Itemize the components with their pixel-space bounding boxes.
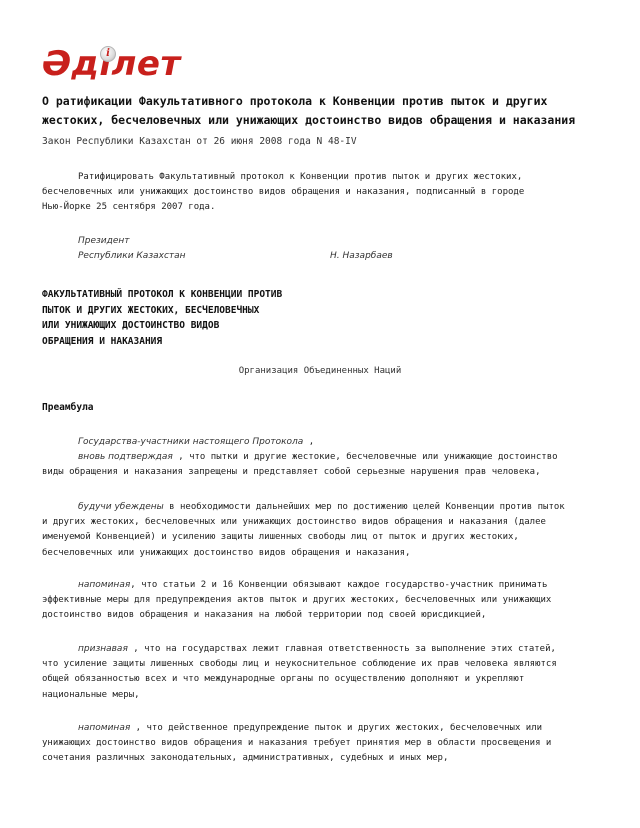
- preamble-paragraph-3: напоминая, что статьи 2 и 16 Конвенции о…: [42, 578, 598, 624]
- text-line: общей обязанностью всех и что международ…: [42, 672, 598, 687]
- preamble-paragraph-4: признавая , что на государствах лежит гл…: [42, 642, 598, 703]
- text-line: национальные меры,: [42, 688, 598, 703]
- text-line: эффективные меры для предупреждения акто…: [42, 593, 598, 608]
- protocol-title-line: ПЫТОК И ДРУГИХ ЖЕСТОКИХ, БЕСЧЕЛОВЕЧНЫХ: [42, 303, 342, 319]
- italic-phrase: Государства-участники настоящего Протоко…: [78, 437, 303, 447]
- document-title: О ратификации Факультативного протокола …: [42, 92, 602, 130]
- preamble-paragraph-5: напоминая , что действенное предупрежден…: [42, 721, 598, 767]
- protocol-title-line: ИЛИ УНИЖАЮЩИХ ДОСТОИНСТВО ВИДОВ: [42, 318, 342, 334]
- text: в необходимости дальнейших мер по достиж…: [164, 502, 565, 512]
- italic-phrase: вновь подтверждая: [78, 452, 173, 462]
- italic-phrase: напоминая: [78, 580, 130, 590]
- text: , что статьи 2 и 16 Конвенции обязывают …: [130, 580, 547, 590]
- text-line: унижающих достоинство видов обращения и …: [42, 736, 598, 751]
- text-line: и других жестоких, бесчеловечных или уни…: [42, 515, 598, 530]
- preamble-paragraph-2: будучи убеждены в необходимости дальнейш…: [42, 500, 598, 561]
- title-line: О ратификации Факультативного протокола …: [42, 92, 602, 111]
- text-line: Нью-Йорке 25 сентября 2007 года.: [42, 200, 598, 215]
- text-line: достоинство видов обращения и наказания …: [42, 608, 598, 623]
- title-line: жестоких, бесчеловечных или унижающих до…: [42, 111, 602, 130]
- text-line: Ратифицировать Факультативный протокол к…: [78, 172, 522, 182]
- text: ,: [303, 437, 314, 447]
- signature-position-line1: Президент: [78, 236, 130, 246]
- adilet-logo[interactable]: Әділет i: [42, 44, 181, 84]
- text-line: именуемой Конвенцией) и усилению защиты …: [42, 530, 598, 545]
- text-line: виды обращения и наказания запрещены и п…: [42, 465, 598, 480]
- organization-name: Организация Объединенных Наций: [0, 366, 640, 376]
- preamble-heading: Преамбула: [42, 402, 93, 413]
- italic-phrase: напоминая: [78, 723, 130, 733]
- info-icon: i: [100, 46, 116, 62]
- law-reference: Закон Республики Казахстан от 26 июня 20…: [42, 136, 357, 147]
- preamble-paragraph-1: Государства-участники настоящего Протоко…: [42, 435, 598, 481]
- text: , что пытки и другие жестокие, бесчелове…: [173, 452, 558, 462]
- text-line: сочетания различных законодательных, адм…: [42, 751, 598, 766]
- text-line: бесчеловечных или унижающих достоинство …: [42, 185, 598, 200]
- protocol-title-line: ФАКУЛЬТАТИВНЫЙ ПРОТОКОЛ К КОНВЕНЦИИ ПРОТ…: [42, 287, 342, 303]
- signature-name: Н. Назарбаев: [330, 251, 393, 261]
- text-line: бесчеловечных или унижающих достоинство …: [42, 546, 598, 561]
- italic-phrase: будучи убеждены: [78, 502, 164, 512]
- text-line: что усиление защиты лишенных свободы лиц…: [42, 657, 598, 672]
- signature-position-line2: Республики Казахстан: [78, 251, 186, 261]
- italic-phrase: признавая: [78, 644, 128, 654]
- text: , что действенное предупреждение пыток и…: [130, 723, 542, 733]
- protocol-title: ФАКУЛЬТАТИВНЫЙ ПРОТОКОЛ К КОНВЕНЦИИ ПРОТ…: [42, 287, 342, 349]
- ratification-paragraph: Ратифицировать Факультативный протокол к…: [42, 170, 598, 216]
- protocol-title-line: ОБРАЩЕНИЯ И НАКАЗАНИЯ: [42, 334, 342, 350]
- text: , что на государствах лежит главная отве…: [128, 644, 556, 654]
